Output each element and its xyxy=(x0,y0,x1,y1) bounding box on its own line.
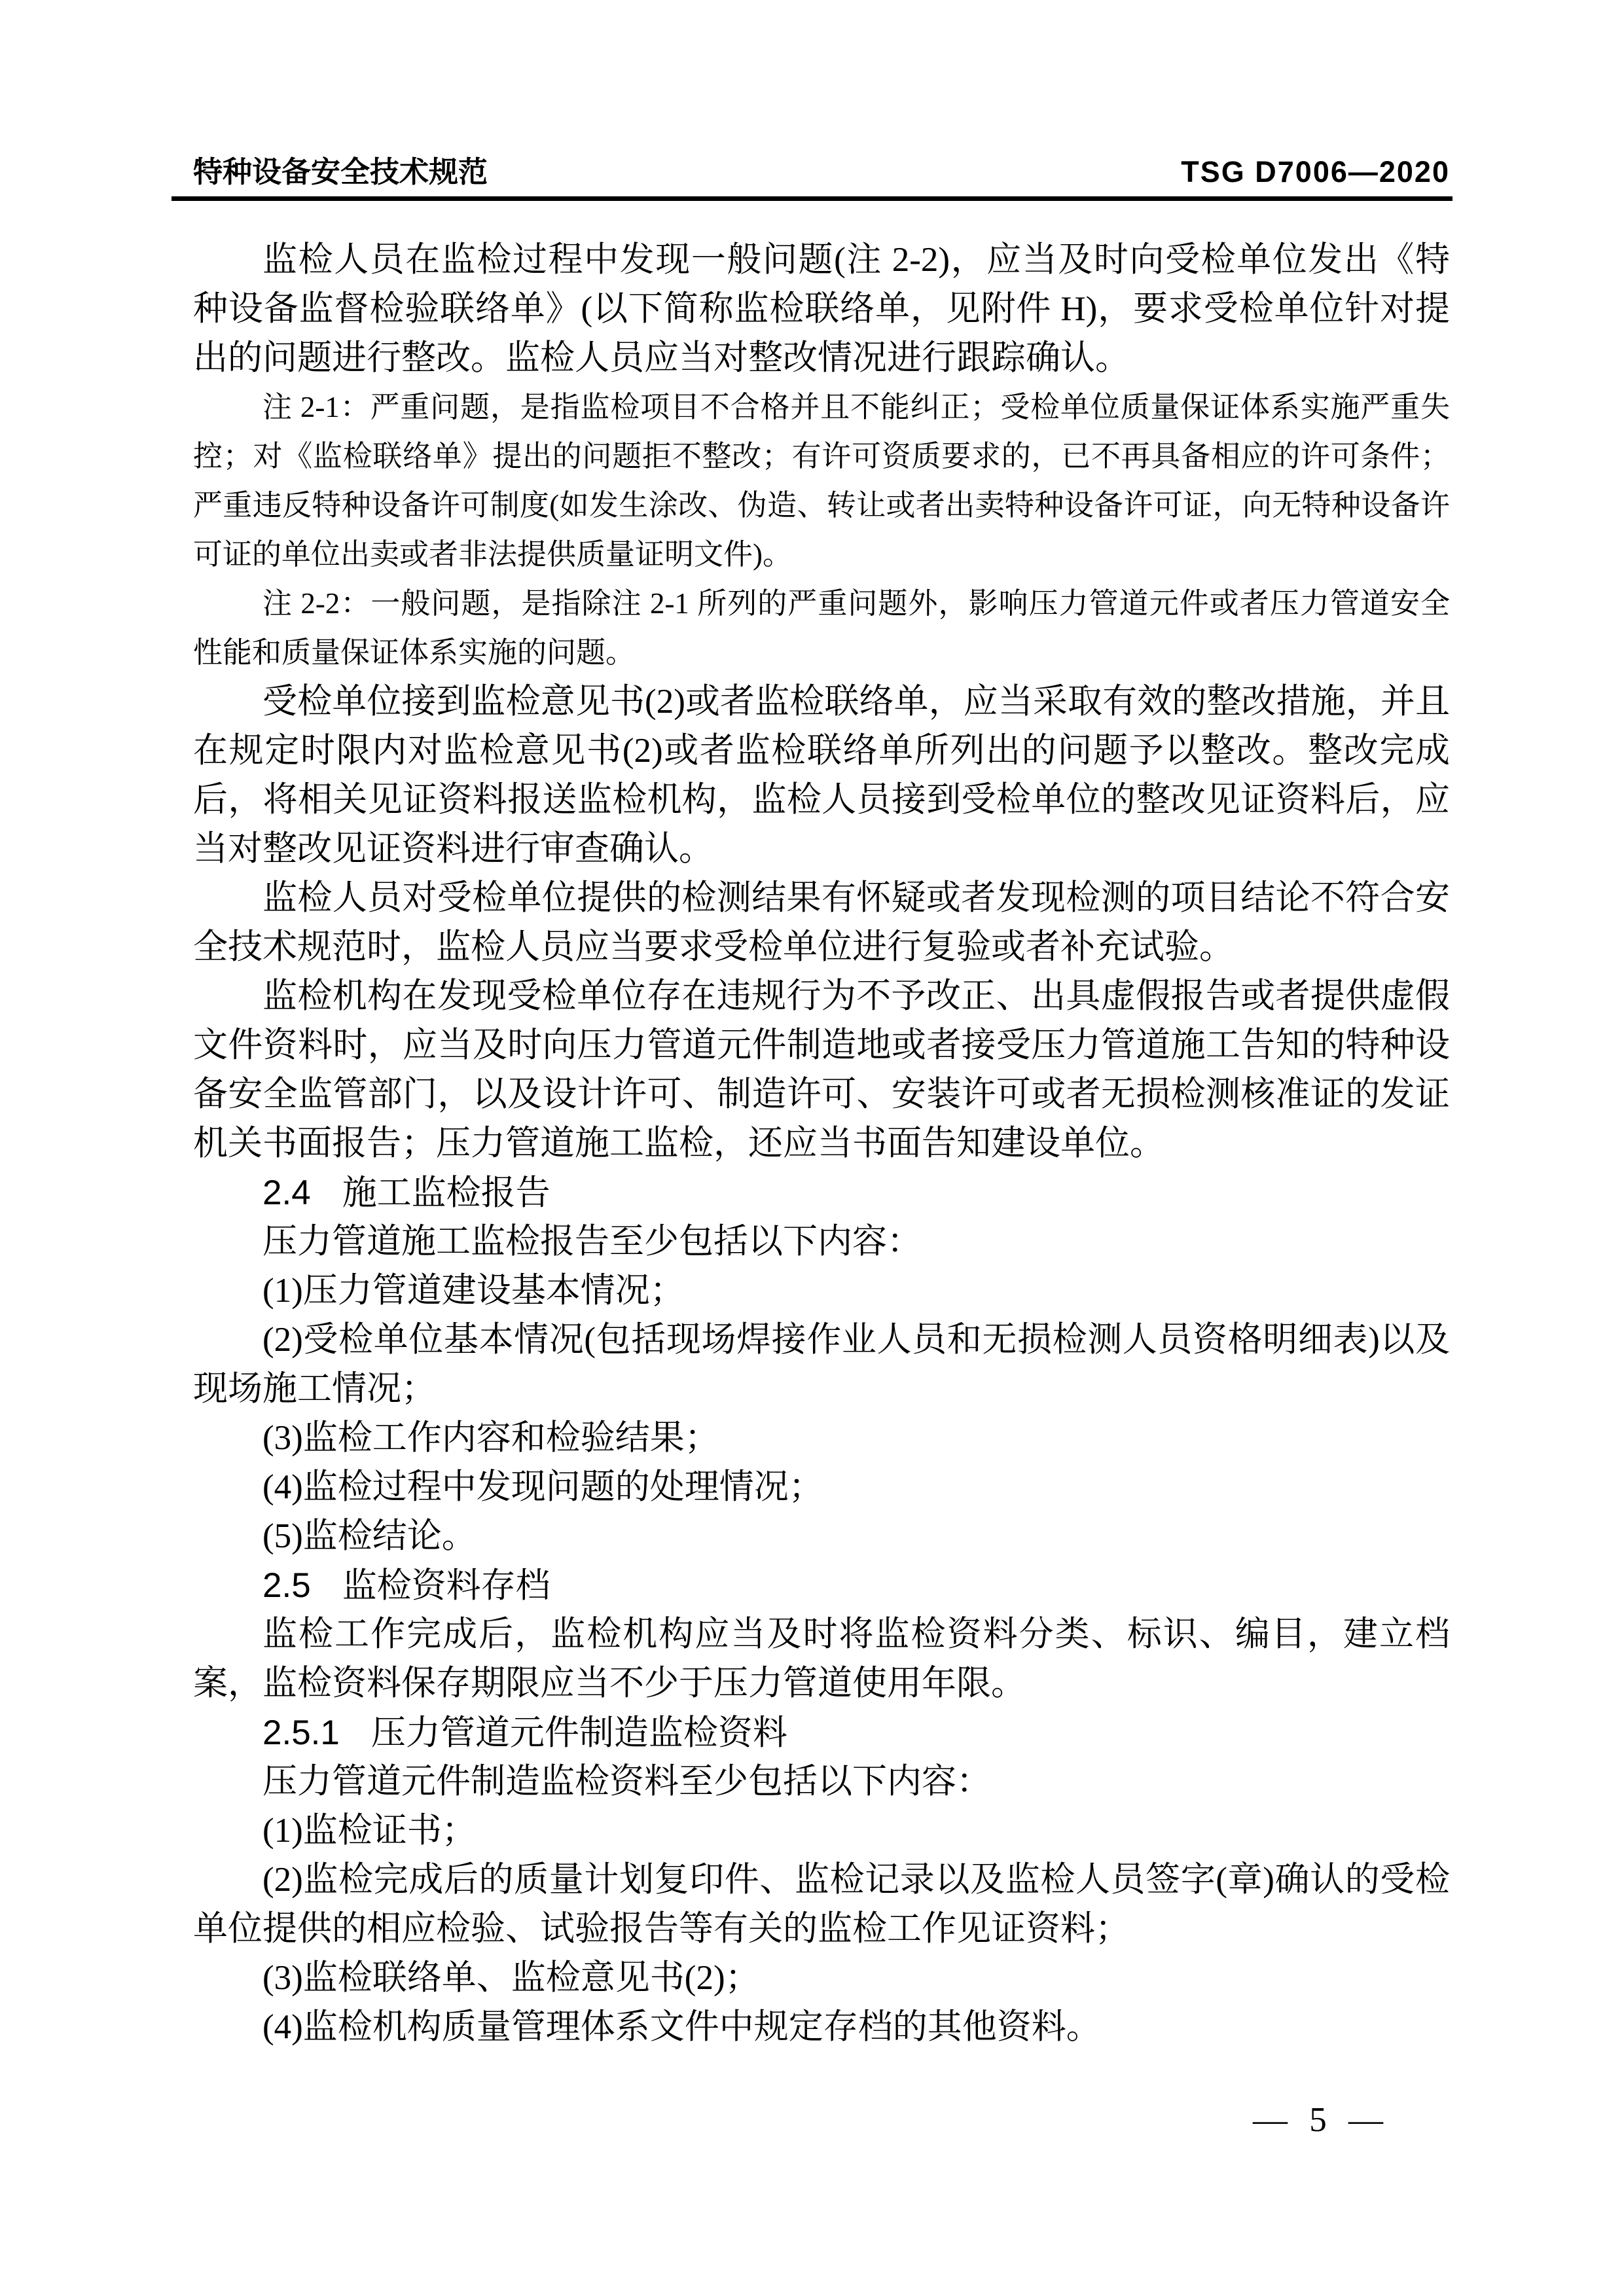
body-paragraph: (4)监检过程中发现问题的处理情况； xyxy=(193,1463,1450,1512)
body-paragraph: 监检人员在监检过程中发现一般问题(注 2-2)，应当及时向受检单位发出《特种设备… xyxy=(193,236,1450,383)
section-heading: 2.5.1压力管道元件制造监检资料 xyxy=(193,1708,1450,1757)
body-paragraph: 压力管道元件制造监检资料至少包括以下内容： xyxy=(193,1757,1450,1806)
body-paragraph: 监检人员对受检单位提供的检测结果有怀疑或者发现检测的项目结论不符合安全技术规范时… xyxy=(193,874,1450,972)
body-paragraph: (1)监检证书； xyxy=(193,1806,1450,1856)
body-paragraph: (5)监检结论。 xyxy=(193,1512,1450,1561)
body-paragraph: (1)压力管道建设基本情况； xyxy=(193,1266,1450,1316)
body-paragraph: (3)监检联络单、监检意见书(2)； xyxy=(193,1954,1450,2003)
header-rule xyxy=(171,196,1453,201)
body-paragraph: (2)监检完成后的质量计划复印件、监检记录以及监检人员签字(章)确认的受检单位提… xyxy=(193,1856,1450,1954)
section-heading: 2.4施工监检报告 xyxy=(193,1168,1450,1217)
section-title: 施工监检报告 xyxy=(342,1174,550,1212)
document-body: 监检人员在监检过程中发现一般问题(注 2-2)，应当及时向受检单位发出《特种设备… xyxy=(193,236,1450,2052)
section-number: 2.5.1 xyxy=(262,1713,340,1752)
body-paragraph: 监检工作完成后，监检机构应当及时将监检资料分类、标识、编目，建立档案，监检资料保… xyxy=(193,1610,1450,1708)
section-title: 压力管道元件制造监检资料 xyxy=(371,1713,787,1752)
note-paragraph: 注 2-1：严重问题，是指监检项目不合格并且不能纠正；受检单位质量保证体系实施严… xyxy=(193,383,1450,579)
section-heading: 2.5监检资料存档 xyxy=(193,1561,1450,1610)
header-left-title: 特种设备安全技术规范 xyxy=(193,156,488,188)
section-number: 2.5 xyxy=(262,1566,311,1605)
section-title: 监检资料存档 xyxy=(342,1566,550,1605)
body-paragraph: 受检单位接到监检意见书(2)或者监检联络单，应当采取有效的整改措施，并且在规定时… xyxy=(193,677,1450,874)
body-paragraph: (4)监检机构质量管理体系文件中规定存档的其他资料。 xyxy=(193,2003,1450,2052)
body-paragraph: 监检机构在发现受检单位存在违规行为不予改正、出具虚假报告或者提供虚假文件资料时，… xyxy=(193,972,1450,1168)
section-number: 2.4 xyxy=(262,1174,311,1212)
header-right-code: TSG D7006—2020 xyxy=(1181,156,1450,188)
note-paragraph: 注 2-2：一般问题，是指除注 2-1 所列的严重问题外，影响压力管道元件或者压… xyxy=(193,579,1450,677)
body-paragraph: 压力管道施工监检报告至少包括以下内容： xyxy=(193,1217,1450,1266)
page-header: 特种设备安全技术规范 TSG D7006—2020 xyxy=(193,156,1450,188)
document-page: 特种设备安全技术规范 TSG D7006—2020 监检人员在监检过程中发现一般… xyxy=(0,0,1624,2296)
body-paragraph: (3)监检工作内容和检验结果； xyxy=(193,1414,1450,1463)
body-paragraph: (2)受检单位基本情况(包括现场焊接作业人员和无损检测人员资格明细表)以及现场施… xyxy=(193,1316,1450,1414)
page-number: — 5 — xyxy=(1253,2103,1383,2138)
